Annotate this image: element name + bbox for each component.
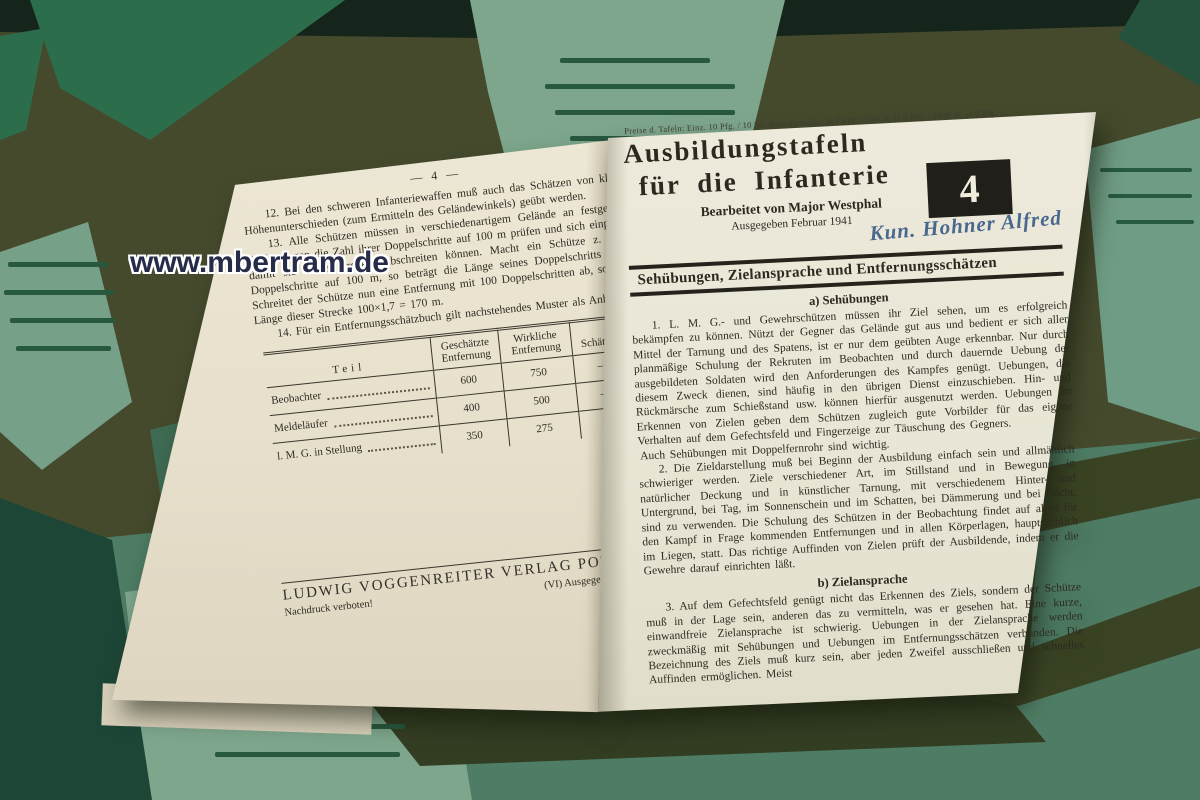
row-label: Meldeläufer bbox=[274, 416, 329, 437]
paragraph-1: 1. L. M. G.- und Gewehrschützen müssen i… bbox=[631, 298, 1073, 449]
watermark-text: www.mbertram.de bbox=[130, 246, 389, 280]
masthead: Ausbildungstafeln für die Infanterie 4 B… bbox=[623, 117, 1065, 262]
left-page: — 4 — 12. Bei den schweren Infanteriewaf… bbox=[112, 135, 612, 715]
right-page-content: Preise d. Tafeln: Einz. 10 Pfg. / 10 St.… bbox=[622, 105, 1085, 688]
dotted-leader bbox=[334, 415, 433, 427]
paragraph-2: 2. Die Zieldarstellung muß bei Beginn de… bbox=[639, 442, 1080, 578]
dotted-leader bbox=[368, 443, 435, 452]
row-label: Beobachter bbox=[271, 389, 322, 409]
right-page: Preise d. Tafeln: Einz. 10 Pfg. / 10 St.… bbox=[598, 112, 1098, 716]
dotted-leader bbox=[327, 387, 429, 400]
issue-number-badge: 4 bbox=[926, 159, 1013, 218]
row-label: l. M. G. in Stellung bbox=[276, 441, 362, 465]
issue-number: 4 bbox=[958, 165, 980, 213]
photo-scene: — 4 — 12. Bei den schweren Infanteriewaf… bbox=[0, 0, 1200, 800]
